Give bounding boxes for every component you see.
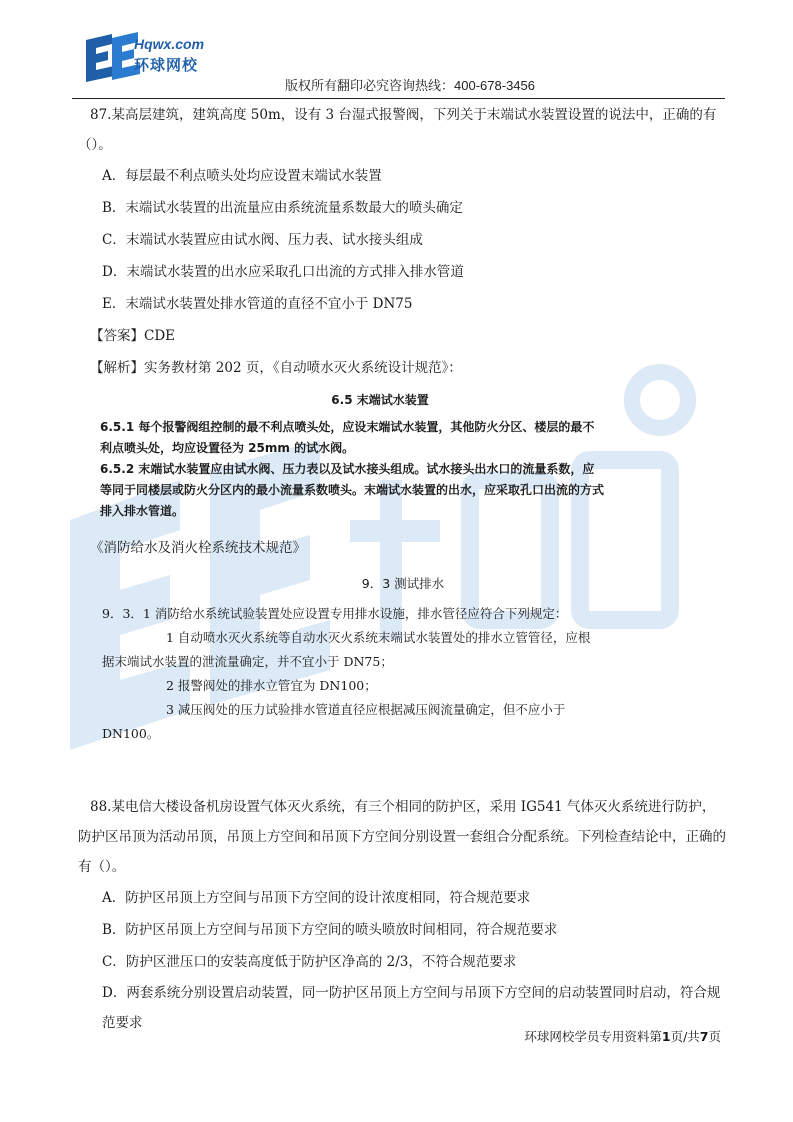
excerpt-1-line: 等同于同楼层或防火分区内的最小流量系数喷头。末端试水装置的出水，应采取孔口出流的… — [100, 480, 660, 501]
question-87-stem: 87.某高层建筑，建筑高度 50m，设有 3 台湿式报警阀，下列关于末端试水装置… — [78, 100, 728, 160]
excerpt-1-line: 利点喷头处，均应设置径为 25mm 的试水阀。 — [100, 438, 660, 459]
excerpt-1-title: 6.5 末端试水装置 — [100, 390, 660, 411]
q87-option-e: E．末端试水装置处排水管道的直径不宜小于 DN75 — [78, 288, 728, 320]
spec-excerpt-6-5: 6.5 末端试水装置 6.5.1 每个报警阀组控制的最不利点喷头处，应设末端试水… — [100, 390, 660, 522]
excerpt-1-line: 6.5.1 每个报警阀组控制的最不利点喷头处，应设末端试水装置，其他防火分区、楼… — [100, 417, 660, 438]
document-body: 87.某高层建筑，建筑高度 50m，设有 3 台湿式报警阀，下列关于末端试水装置… — [78, 100, 728, 1038]
excerpt-2-line: 1 自动喷水灭火系统等自动水灭火系统末端试水装置处的排水立管管径，应根 — [102, 626, 662, 650]
spec-excerpt-9-3: 9．3．1 消防给水系统试验装置处应设置专用排水设施，排水管径应符合下列规定： … — [102, 602, 662, 746]
logo-text-en: Hqwx.com — [134, 36, 204, 52]
excerpt-2-line: 3 减压阀处的压力试验排水管道直径应根据减压阀流量确定，但不应小于 — [102, 698, 662, 722]
q88-option-a: A．防护区吊顶上方空间与吊顶下方空间的设计浓度相同，符合规范要求 — [78, 882, 728, 914]
source-2-title: 《消防给水及消火栓系统技术规范》 — [78, 532, 728, 564]
hqwx-logo-icon — [82, 32, 142, 82]
q87-option-c: C．末端试水装置应由试水阀、压力表、试水接头组成 — [78, 224, 728, 256]
excerpt-2-line: 9．3．1 消防给水系统试验装置处应设置专用排水设施，排水管径应符合下列规定： — [102, 602, 662, 626]
logo-text-cn: 环球网校 — [134, 54, 198, 75]
q88-option-c: C．防护区泄压口的安装高度低于防护区净高的 2/3，不符合规范要求 — [78, 946, 728, 978]
q87-answer: 【答案】CDE — [78, 320, 728, 352]
excerpt-2-line: 2 报警阀处的排水立管宜为 DN100； — [102, 674, 662, 698]
q87-option-a: A．每层最不利点喷头处均应设置末端试水装置 — [78, 160, 728, 192]
excerpt-2-title: 9．3 测试排水 — [78, 574, 728, 592]
hotline-label: 版权所有翻印必究咨询热线： — [285, 79, 454, 94]
q87-option-b: B．末端试水装置的出流量应由系统流量系数最大的喷头确定 — [78, 192, 728, 224]
excerpt-2-line: 据末端试水装置的泄流量确定，并不宜小于 DN75； — [102, 650, 662, 674]
question-88-stem: 88.某电信大楼设备机房设置气体灭火系统，有三个相同的防护区，采用 IG541 … — [78, 792, 728, 882]
excerpt-2-line: DN100。 — [102, 722, 662, 746]
hotline-number: 400-678-3456 — [454, 78, 535, 93]
excerpt-1-line: 6.5.2 末端试水装置应由试水阀、压力表以及试水接头组成。试水接头出水口的流量… — [100, 459, 660, 480]
page-header: Hqwx.com 环球网校 版权所有翻印必究咨询热线：400-678-3456 — [72, 28, 725, 99]
q87-analysis: 【解析】实务教材第 202 页，《自动喷水灭火系统设计规范》： — [78, 352, 728, 384]
hotline: 版权所有翻印必究咨询热线：400-678-3456 — [285, 75, 535, 94]
q87-option-d: D．末端试水装置的出水应采取孔口出流的方式排入排水管道 — [78, 256, 728, 288]
excerpt-1-line: 排入排水管道。 — [100, 501, 660, 522]
q88-option-d: D．两套系统分别设置启动装置，同一防护区吊顶上方空间与吊顶下方空间的启动装置同时… — [78, 978, 728, 1038]
q88-option-b: B．防护区吊顶上方空间与吊顶下方空间的喷头喷放时间相同，符合规范要求 — [78, 914, 728, 946]
